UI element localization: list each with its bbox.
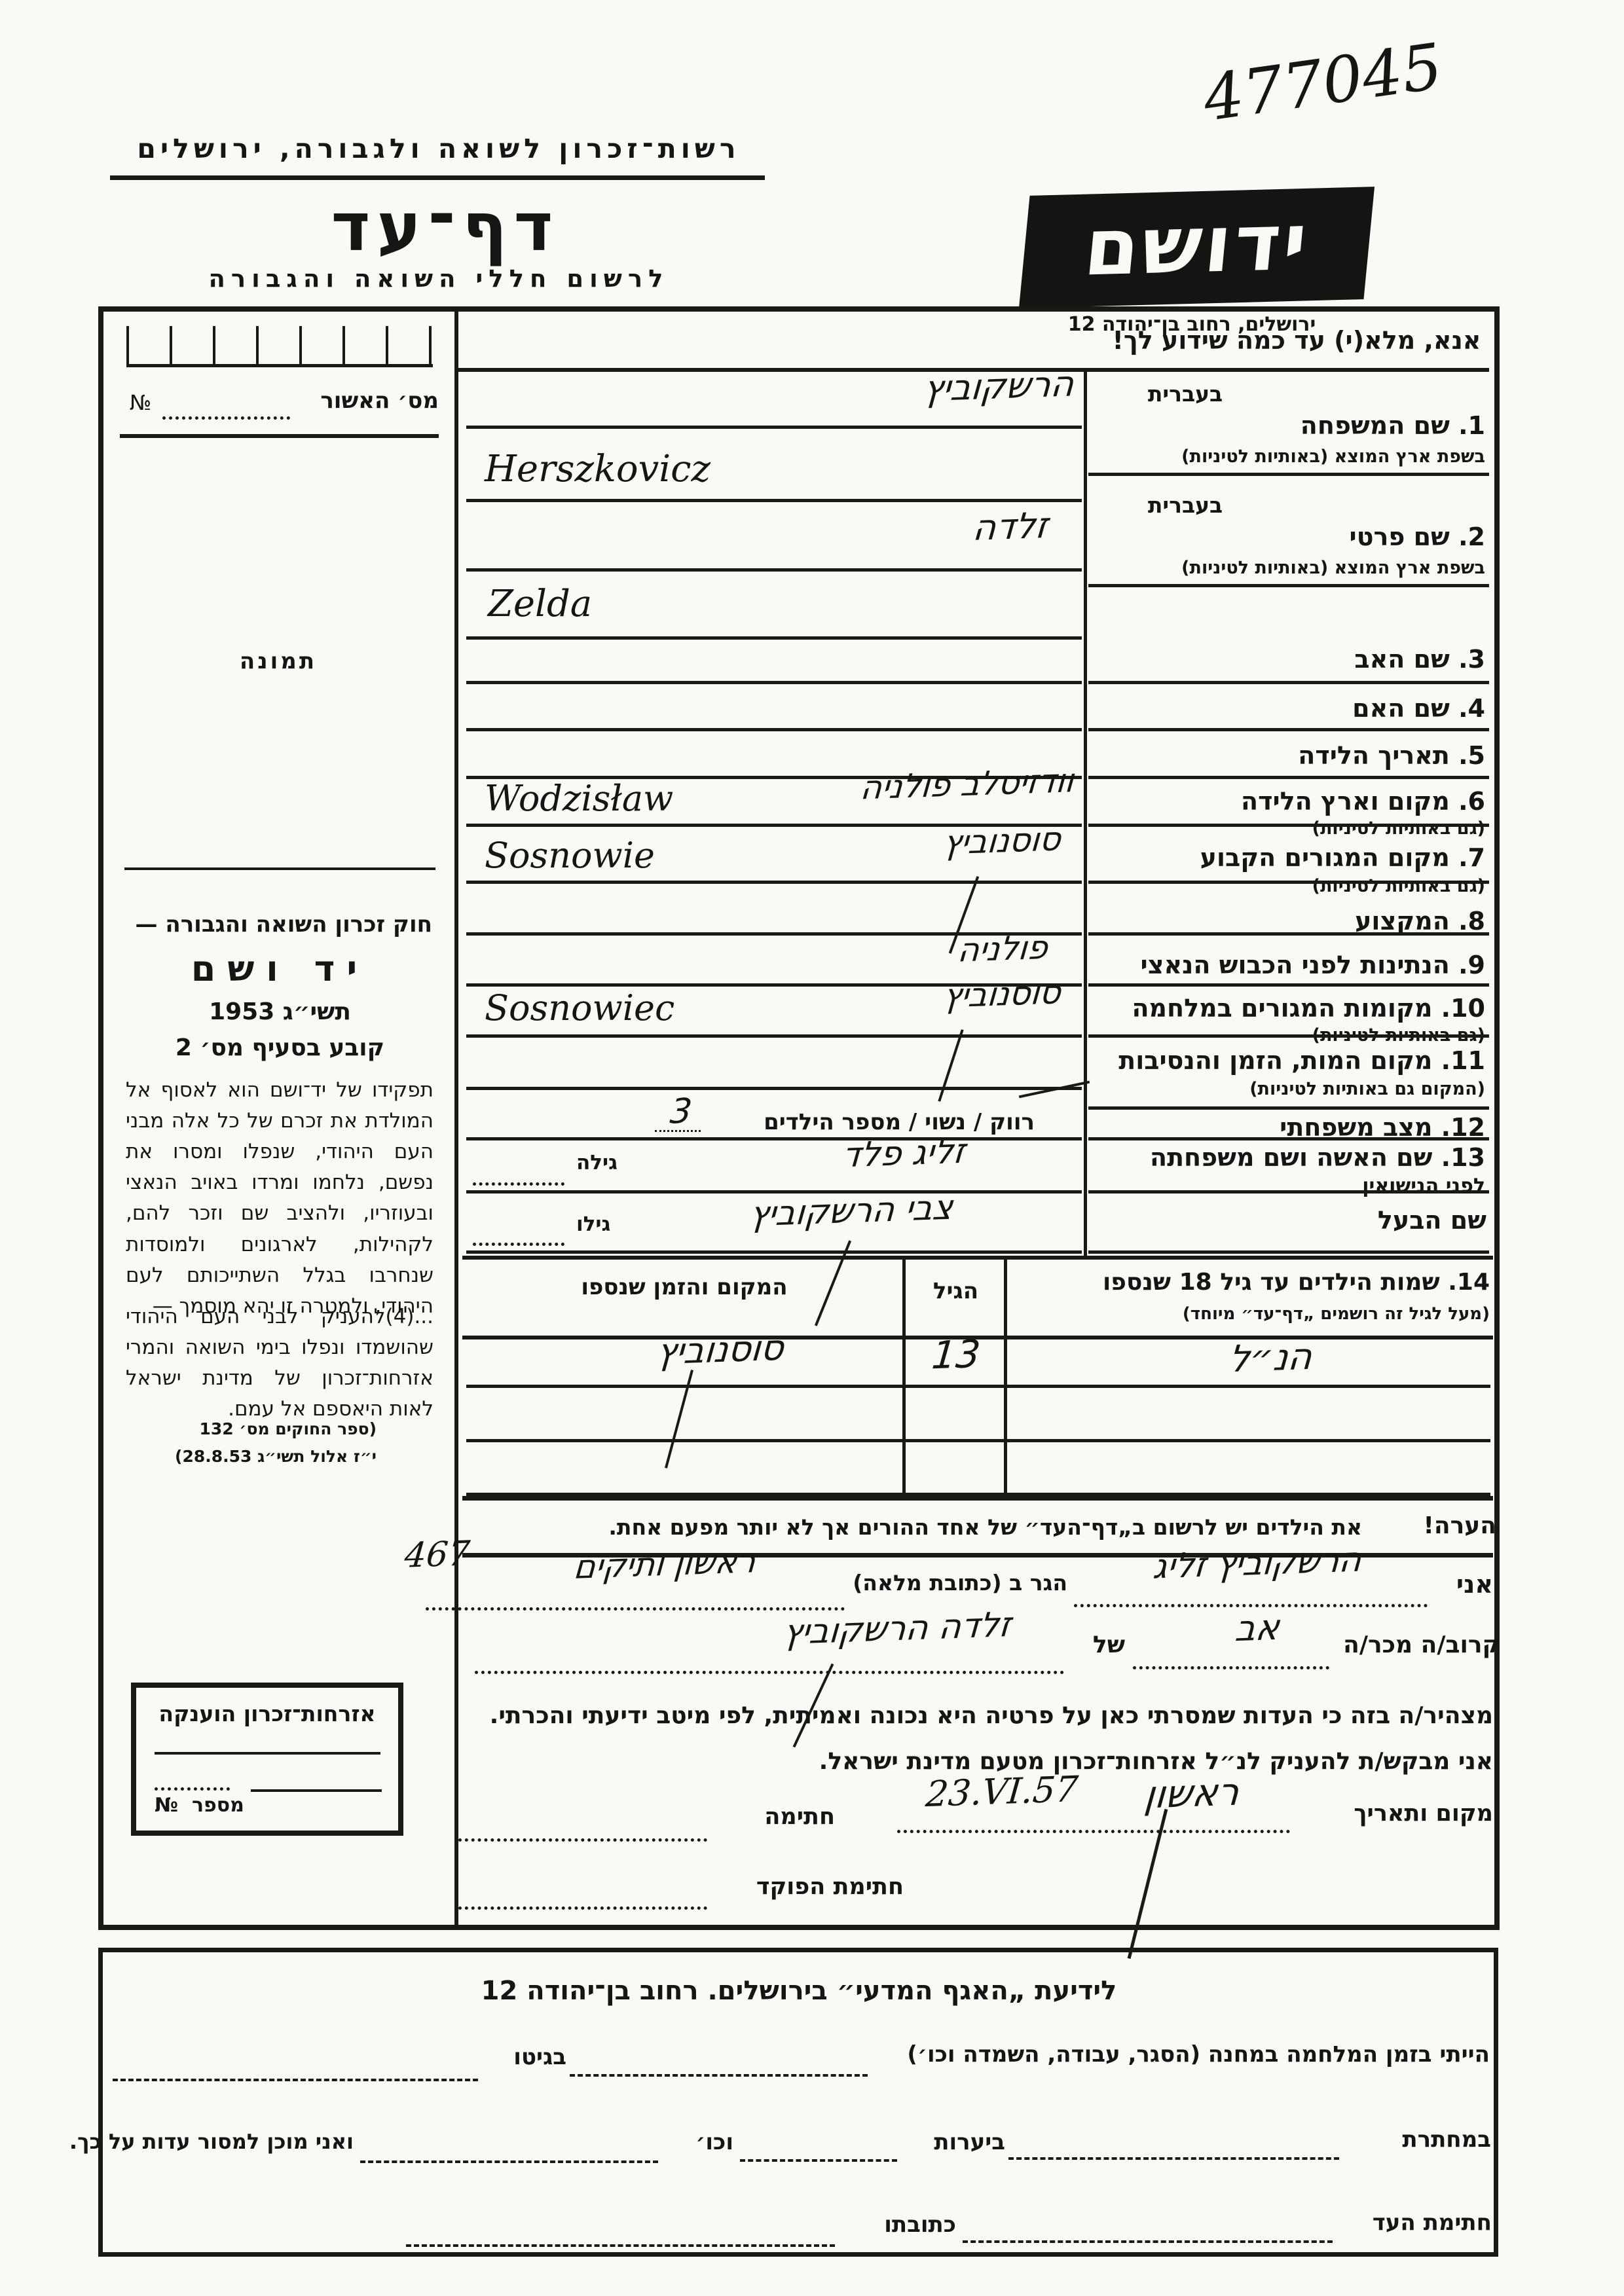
camp-line: [570, 2074, 868, 2077]
citizenship-request: אני מבקש/ת להעניק לנ״ל אזרחות־זכרון מטעם…: [707, 1748, 1493, 1775]
field7-value-hebrew: סוסנוביץ: [843, 820, 1063, 866]
field10-label-rule: [1088, 1034, 1489, 1038]
underground-line: [1008, 2157, 1339, 2160]
field3-label: 3. שם האב: [1094, 645, 1485, 674]
stamp-box-number-line-short: [155, 1787, 230, 1791]
age-column-header: הגיל: [912, 1278, 1000, 1304]
approval-number-label: מס׳ האשור: [298, 388, 439, 414]
relation-line: [1133, 1666, 1329, 1669]
witness-address-line: [406, 2244, 835, 2247]
table-row-line: [466, 1439, 1490, 1442]
signature-line: [458, 1838, 707, 1842]
field7-label: 7. מקום המגורים הקבוע: [1094, 843, 1485, 872]
field5-label-rule: [1088, 776, 1489, 779]
place-handwritten: ראשון: [1098, 1768, 1285, 1819]
form-subtitle: לרשום חללי השואה והגבורה: [190, 264, 688, 293]
field2-line-latin: [466, 636, 1082, 640]
field12-label-rule: [1088, 1137, 1489, 1140]
law-source-line1: (ספר החוקים מס׳ 132: [128, 1419, 377, 1438]
signature-label: חתימה: [717, 1804, 835, 1830]
children-table-sublabel: (מעל לגיל זה רושמים „דף־עד״ מיוחד): [1012, 1304, 1490, 1324]
table-top-rule: [462, 1256, 1493, 1260]
field1-line-latin: [466, 499, 1082, 502]
child-row-age: 13: [915, 1331, 997, 1378]
law-body-text: תפקידו של יד־ושם הוא לאסוף אל המולדת את …: [126, 1075, 434, 1322]
underground-label: במחתרת: [1350, 2126, 1491, 2153]
field11-sublabel: (המקום גם באותיות לטיניות): [1094, 1079, 1485, 1099]
field7-value-latin: Sosnowie: [485, 835, 655, 876]
authority-title: רשות־זכרון לשואה ולגבורה, ירושלים: [111, 133, 766, 164]
yad-vashem-logo: ידושם: [1019, 187, 1375, 308]
field2-hebrew-tag: בעברית: [1133, 492, 1238, 518]
law-top-rule: [124, 867, 435, 870]
field2-value-hebrew: זלדה: [889, 505, 1049, 552]
ruler-tick: [299, 326, 302, 364]
witness-signature-label: חתימת העד: [1341, 2210, 1492, 2236]
victim-name-line: [475, 1671, 1064, 1674]
field11-label: 11. מקום המות, הזמן והנסיבות: [1094, 1046, 1485, 1075]
field3-label-rule: [1088, 681, 1489, 684]
field1-value-latin: Herszkovicz: [485, 448, 710, 490]
ghetto-line: [113, 2079, 478, 2081]
law-clause-line: קובע בסעיף מס׳ 2: [128, 1034, 432, 1061]
stamp-box-line: [155, 1752, 380, 1755]
declaration-statement: מצהיר/ה בזה כי העדות שמסרתי כאן על פרטיה…: [468, 1702, 1493, 1729]
place-column-header: המקום והזמן שנספו: [498, 1274, 871, 1300]
ruler-tick: [170, 326, 172, 364]
field10-label: 10. מקומות המגורים במלחמה: [1094, 994, 1485, 1023]
camp-line-label: הייתי בזמן המלחמה במחנה (הסגר, עבודה, הש…: [877, 2041, 1490, 2068]
field1-sublabel: בשפת ארץ המוצא (באותיות לטיניות): [1094, 446, 1485, 467]
his-age-label: גילו: [576, 1212, 610, 1236]
yad-vashem-logo-text: ידושם: [1020, 192, 1374, 299]
witness-address-label: כתובתו: [845, 2212, 956, 2238]
witness-name-line: [1074, 1604, 1428, 1607]
law-heading: חוק זכרון השואה והגבורה —: [128, 911, 432, 938]
declaration-i-label: אני: [1434, 1570, 1493, 1599]
his-age-dots: [473, 1243, 564, 1246]
field9-label: 9. הנתינות לפני הכבוש הנאצי: [1094, 951, 1485, 979]
field6-label-rule: [1088, 824, 1489, 827]
bottom-section-title: לידיעת „האגף המדעי״ בירושלים. רחוב בן־יה…: [262, 1976, 1336, 2006]
memorial-citizenship-stamp-box: אזרחות־זכרון הוענקה מספר №: [131, 1683, 403, 1836]
field8-label: 8. המקצוע: [1094, 907, 1485, 936]
field10-value-hebrew: סוסנוביץ: [843, 973, 1063, 1019]
forests-label: ביערות: [907, 2129, 1005, 2155]
her-age-label: גילה: [576, 1151, 618, 1175]
forests-line: [740, 2159, 897, 2162]
table-divider-age-right: [1004, 1256, 1007, 1497]
field2-label: 2. שם פרטי: [1094, 522, 1485, 551]
page-of-testimony-scan: 477045 רשות־זכרון לשואה ולגבורה, ירושלים…: [0, 0, 1624, 2296]
relative-label: קרוב/ה מכר/ה: [1336, 1631, 1500, 1658]
note-top-rule: [462, 1496, 1493, 1501]
husband-label-rule: [1088, 1250, 1489, 1254]
fill-instruction: אנא, מלא(י) עד כמה שידוע לך!: [1107, 326, 1486, 355]
field6-label: 6. מקום וארץ הלידה: [1094, 787, 1485, 816]
husband-label: שם הבעל: [1323, 1206, 1486, 1235]
field8-label-rule: [1088, 932, 1489, 936]
address-number-handwritten: 467: [403, 1534, 471, 1576]
field4-label-rule: [1088, 728, 1489, 731]
field2-label-rule: [1088, 584, 1489, 587]
authority-underline: [110, 175, 765, 180]
field2-sublabel: בשפת ארץ המוצא (באותיות לטיניות): [1094, 558, 1485, 578]
table-row-line: [466, 1385, 1490, 1388]
law-source-line2: י״ז אלול תשי״ג 28.8.53): [128, 1447, 377, 1466]
field11-line: [466, 1087, 1082, 1090]
note-text: את הילדים יש לרשום ב„דף־העד״ של אחד ההור…: [471, 1514, 1362, 1540]
field11-label-rule: [1088, 1106, 1489, 1110]
children-table-label: 14. שמות הילדים עד גיל 18 שנספו: [1012, 1269, 1490, 1296]
law-org-name: יד ושם: [128, 948, 432, 989]
approval-rule: [120, 434, 439, 438]
table-divider-age-left: [902, 1256, 906, 1497]
date-handwritten: 23.VI.57: [915, 1768, 1088, 1815]
field10-value-latin: Sosnowiec: [485, 987, 674, 1029]
ghetto-label: בגיטו: [488, 2044, 566, 2070]
relation-handwritten: אב: [1203, 1605, 1311, 1650]
form-title: דף־עד: [308, 189, 583, 266]
field13-label-rule: [1088, 1190, 1489, 1194]
approval-number-line: [162, 416, 290, 420]
field1-label-rule: [1088, 473, 1489, 476]
etc-line: [360, 2160, 658, 2163]
ruler-tick: [386, 326, 388, 364]
stamp-box-title: אזרחות־זכרון הוענקה: [136, 1701, 398, 1726]
child-row-name: הנ״ל: [1170, 1334, 1371, 1383]
field2-line-hebrew: [466, 568, 1082, 572]
ruler-tick: [429, 326, 432, 364]
field1-hebrew-tag: בעברית: [1133, 381, 1238, 407]
field6-value-latin: Wodzisław: [485, 778, 673, 819]
field2-value-latin: Zelda: [488, 583, 592, 625]
field10-line: [466, 1034, 1082, 1038]
field9-value: פולניה: [889, 928, 1050, 972]
witness-signature-line: [963, 2240, 1333, 2243]
field9-label-rule: [1088, 983, 1489, 987]
ruler-tick: [126, 326, 129, 364]
official-signature-label: חתימת הפוקד: [717, 1874, 904, 1900]
note-title: הערה!: [1372, 1512, 1496, 1539]
place-date-label: מקום ותאריך: [1293, 1800, 1493, 1827]
field1-line-hebrew: [466, 426, 1082, 429]
left-column-divider: [454, 306, 458, 1930]
handwritten-serial-number: 477045: [1149, 22, 1497, 142]
photo-label: תמונה: [177, 648, 380, 674]
field1-label: 1. שם המשפחה: [1094, 411, 1485, 440]
field4-line: [466, 728, 1082, 731]
field12-children-count: 3: [653, 1091, 709, 1132]
husband-line: [466, 1250, 1082, 1254]
her-age-dots: [473, 1182, 564, 1186]
stamp-box-number-line-long: [251, 1789, 382, 1792]
etc-label: וכו׳: [668, 2129, 733, 2155]
ruler-tick: [342, 326, 345, 364]
residing-label: הגר ב (כתובת מלאה): [851, 1570, 1067, 1595]
address-line: [426, 1607, 845, 1611]
ready-to-testify-text: ואני מוכן למסור עדות על כך.: [92, 2129, 354, 2154]
field7-sublabel: (גם באותיות לטיניות): [1094, 876, 1485, 896]
ruler-tick: [213, 326, 215, 364]
place-date-line: [897, 1830, 1290, 1833]
label-column-divider: [1084, 372, 1087, 1256]
official-signature-line: [458, 1906, 707, 1910]
field4-label: 4. שם האם: [1094, 694, 1485, 723]
ruler-baseline: [126, 364, 433, 367]
field7-line: [466, 881, 1082, 884]
field7-label-rule: [1088, 881, 1489, 884]
field13-sublabel: לפני הנישואין: [1094, 1175, 1485, 1197]
numero-sign: №: [130, 390, 151, 415]
law-clause4-text: ‏...(4)להעניק לבני העם היהודי שהושמדו ונ…: [126, 1302, 434, 1425]
ruler-tick: [256, 326, 259, 364]
law-year: תשי״ג 1953: [128, 998, 432, 1025]
stamp-box-number-label: מספר №: [155, 1794, 244, 1817]
field13-label: 13. שם האשה ושם משפחתה: [1094, 1143, 1485, 1172]
of-label: של: [1079, 1631, 1125, 1658]
field3-line: [466, 681, 1082, 684]
field5-label: 5. תאריך הלידה: [1094, 741, 1485, 770]
field6-sublabel: (גם באותיות לטיניות): [1094, 818, 1485, 839]
